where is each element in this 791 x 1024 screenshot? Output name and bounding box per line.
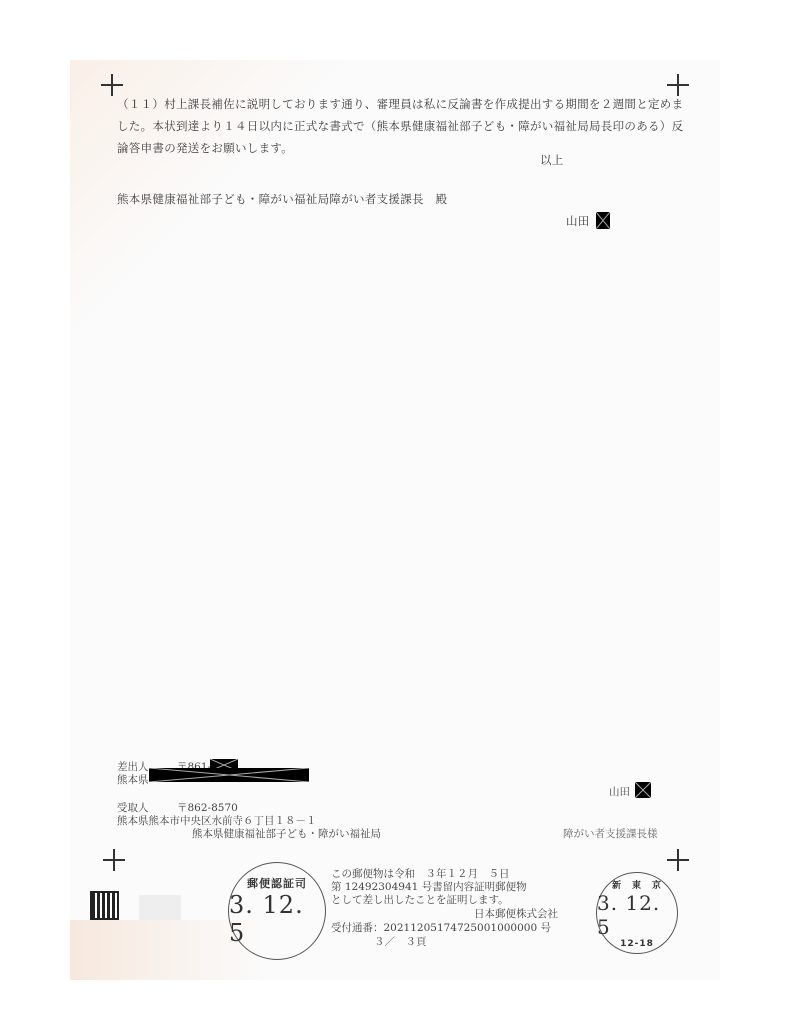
cert-company: 日本郵便株式会社 — [474, 906, 558, 921]
stamp-date: 3. 12. 5 — [229, 891, 325, 947]
sender-name: 山田 — [609, 784, 630, 799]
closing-text: 以上 — [540, 149, 564, 171]
signature-name: 山田 — [566, 210, 590, 232]
paragraph-line-1: （１１）村上課長補佐に説明しております通り、審理員は私に反論書を作成提出する期間… — [117, 93, 683, 115]
postmark-time: 12-18 — [620, 939, 654, 949]
redaction-box — [596, 212, 610, 229]
addressee: 熊本県健康福祉部子ども・障がい福祉局障がい者支援課長 殿 — [117, 188, 447, 210]
recipient-title: 障がい者支援課長様 — [563, 826, 658, 841]
paragraph-line-3: 論答申書の発送をお願いします。 — [117, 137, 293, 159]
postmark-stamp: 新 東 京 3. 12. 5 12-18 — [596, 872, 678, 954]
stamp-label: 郵便認証司 — [247, 875, 307, 891]
postal-certifier-stamp: 郵便認証司 3. 12. 5 — [228, 862, 326, 960]
faint-label-box — [139, 895, 181, 920]
receipt-number: 受付通番：20211205174725001000000 号 — [331, 920, 551, 935]
postmark-date: 3. 12. 5 — [597, 891, 677, 939]
paragraph-line-2: した。本状到達より１４日以内に正式な書式で（熊本県健康福祉部子ども・障がい福祉局… — [117, 115, 683, 137]
crop-mark-bottom-right — [667, 849, 689, 871]
postmark-office: 新 東 京 — [612, 878, 662, 891]
cert-line-3: として差し出したことを証明します。 — [331, 892, 509, 907]
recipient-org: 熊本県健康福祉部子ども・障がい福祉局 — [192, 826, 381, 841]
redaction-box — [635, 782, 651, 798]
sender-address-prefix: 熊本県 — [117, 772, 149, 787]
qr-code — [92, 893, 117, 918]
crop-mark-bottom-left — [103, 849, 125, 871]
page-indicator: ３／ ３頁 — [374, 934, 427, 949]
redaction-box — [149, 768, 309, 782]
